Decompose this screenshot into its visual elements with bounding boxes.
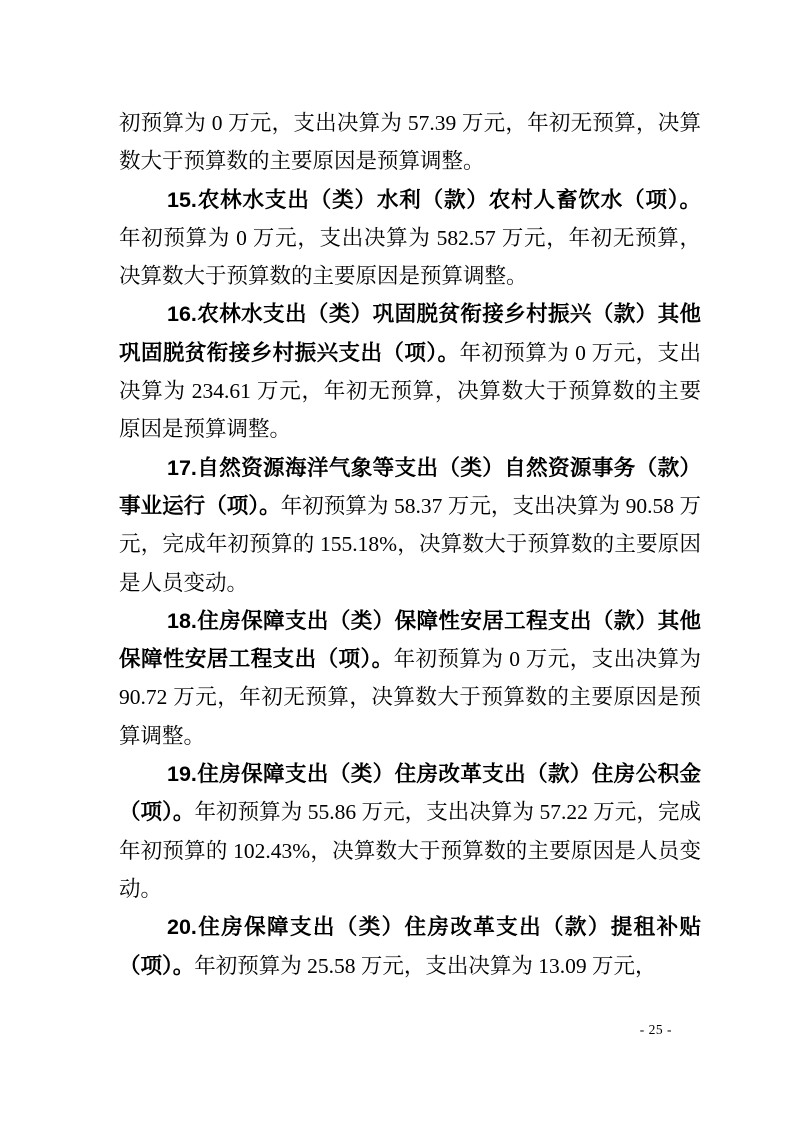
item-body: 年初预算为 55.86 万元，支出决算为 57.22 万元，完成年初预算的 10…: [119, 800, 701, 901]
item-heading: 15.农林水支出（类）水利（款）农村人畜饮水（项）。: [167, 188, 701, 212]
item-body: 初预算为 0 万元，支出决算为 57.39 万元，年初无预算，决算数大于预算数的…: [119, 111, 701, 173]
paragraph-item-16: 16.农林水支出（类）巩固脱贫衔接乡村振兴（款）其他巩固脱贫衔接乡村振兴支出（项…: [119, 295, 701, 448]
item-body: 年初预算为 25.58 万元，支出决算为 13.09 万元，: [194, 954, 656, 978]
paragraph-item-17: 17.自然资源海洋气象等支出（类）自然资源事务（款）事业运行（项）。年初预算为 …: [119, 449, 701, 602]
document-text-block: 初预算为 0 万元，支出决算为 57.39 万元，年初无预算，决算数大于预算数的…: [119, 104, 701, 985]
document-page: 初预算为 0 万元，支出决算为 57.39 万元，年初无预算，决算数大于预算数的…: [0, 0, 793, 1122]
paragraph-item-19: 19.住房保障支出（类）住房改革支出（款）住房公积金（项）。年初预算为 55.8…: [119, 755, 701, 908]
paragraph-item-18: 18.住房保障支出（类）保障性安居工程支出（款）其他保障性安居工程支出（项）。年…: [119, 602, 701, 755]
item-body: 年初预算为 0 万元，支出决算为 582.57 万元，年初无预算，决算数大于预算…: [119, 226, 701, 288]
page-number: - 25 -: [640, 1022, 672, 1038]
paragraph-item-20: 20.住房保障支出（类）住房改革支出（款）提租补贴（项）。年初预算为 25.58…: [119, 908, 701, 985]
paragraph-continued: 初预算为 0 万元，支出决算为 57.39 万元，年初无预算，决算数大于预算数的…: [119, 104, 701, 181]
paragraph-item-15: 15.农林水支出（类）水利（款）农村人畜饮水（项）。年初预算为 0 万元，支出决…: [119, 181, 701, 296]
